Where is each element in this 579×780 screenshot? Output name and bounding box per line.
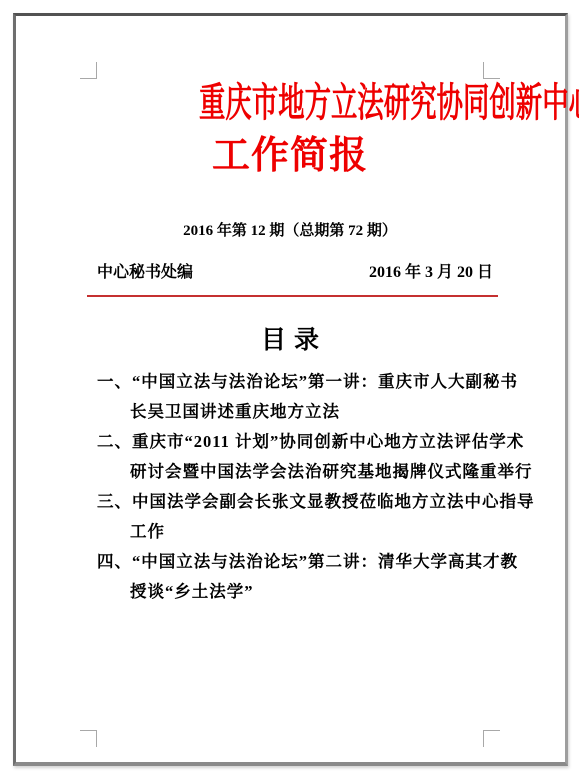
crop-mark-bottom-left-icon	[80, 730, 97, 747]
toc-list: 一、“中国立法与法治论坛”第一讲：重庆市人大副秘书 长吴卫国讲述重庆地方立法 二…	[97, 367, 483, 607]
bulletin-title: 工作简报	[97, 136, 483, 176]
document-page: 重庆市地方立法研究协同创新中心 工作简报 2016 年第 12 期（总期第 72…	[13, 13, 568, 766]
toc-item: 四、“中国立法与法治论坛”第二讲：清华大学高其才教 授谈“乡土法学”	[97, 547, 483, 607]
issue-number-line: 2016 年第 12 期（总期第 72 期）	[97, 222, 483, 240]
toc-item-line: 授谈“乡土法学”	[97, 577, 483, 607]
masthead-organization: 重庆市地方立法研究协同创新中心	[97, 82, 483, 124]
publish-date: 2016 年 3 月 20 日	[369, 264, 493, 282]
toc-item: 一、“中国立法与法治论坛”第一讲：重庆市人大副秘书 长吴卫国讲述重庆地方立法	[97, 367, 483, 427]
crop-mark-top-right-icon	[483, 62, 500, 79]
red-divider	[87, 295, 498, 297]
organization-title: 重庆市地方立法研究协同创新中心	[199, 82, 579, 124]
crop-mark-bottom-right-icon	[483, 730, 500, 747]
toc-item-line: 研讨会暨中国法学会法治研究基地揭牌仪式隆重举行	[97, 457, 483, 487]
toc-item-line: 长吴卫国讲述重庆地方立法	[97, 397, 483, 427]
page-content: 重庆市地方立法研究协同创新中心 工作简报 2016 年第 12 期（总期第 72…	[97, 16, 483, 607]
toc-item: 二、重庆市“2011 计划”协同创新中心地方立法评估学术 研讨会暨中国法学会法治…	[97, 427, 483, 487]
editor-label: 中心秘书处编	[97, 264, 193, 282]
crop-mark-top-left-icon	[80, 62, 97, 79]
editor-date-row: 中心秘书处编 2016 年 3 月 20 日	[97, 264, 493, 282]
toc-item-line: 三、中国法学会副会长张文显教授莅临地方立法中心指导	[97, 487, 483, 517]
toc-item-line: 工作	[97, 517, 483, 547]
toc-item: 三、中国法学会副会长张文显教授莅临地方立法中心指导 工作	[97, 487, 483, 547]
toc-heading: 目录	[97, 327, 483, 355]
toc-item-line: 一、“中国立法与法治论坛”第一讲：重庆市人大副秘书	[97, 367, 483, 397]
toc-item-line: 四、“中国立法与法治论坛”第二讲：清华大学高其才教	[97, 547, 483, 577]
toc-item-line: 二、重庆市“2011 计划”协同创新中心地方立法评估学术	[97, 427, 483, 457]
